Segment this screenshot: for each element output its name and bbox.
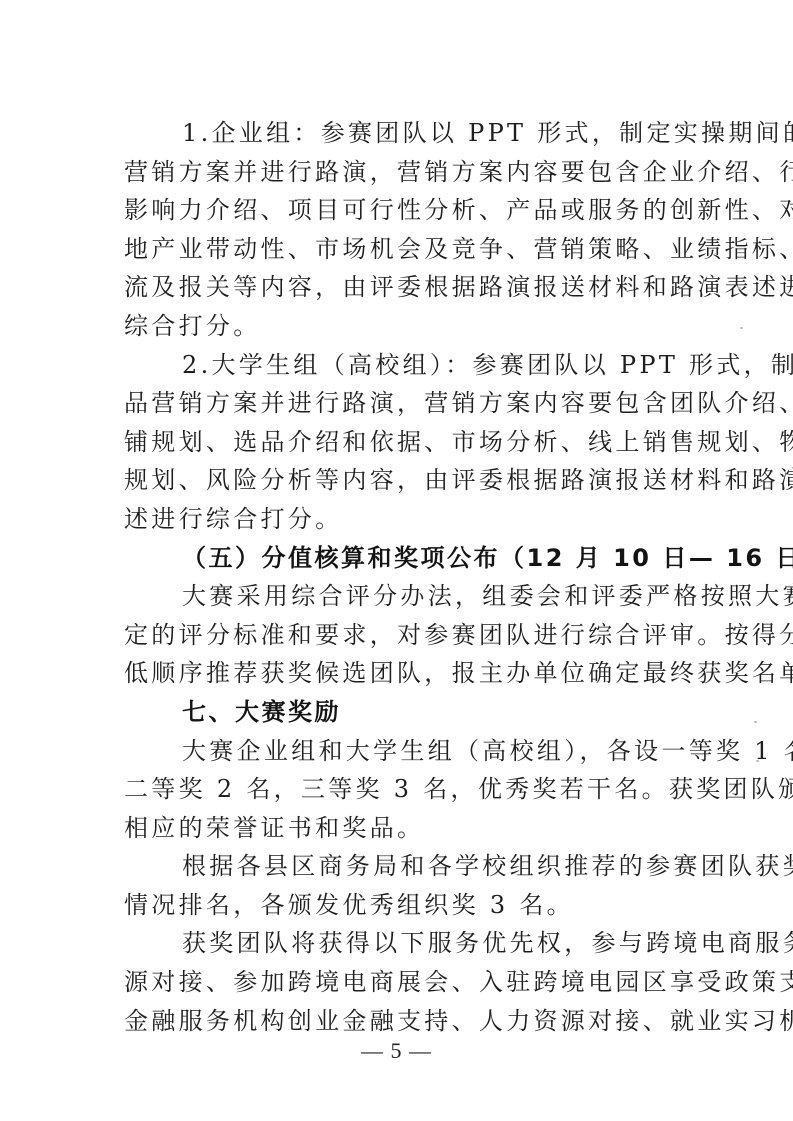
text-line: 述进行综合打分。	[124, 500, 680, 539]
text-line: 相应的荣誉证书和奖品。	[124, 809, 680, 848]
section-heading-scoring-and-awards: （五）分值核算和奖项公布（12 月 10 日— 16 日）	[124, 539, 680, 578]
text-line: 流及报关等内容，由评委根据路演报送材料和路演表述进行	[124, 268, 680, 307]
text-line: 大赛企业组和大学生组（高校组），各设一等奖 1 名，	[124, 732, 680, 771]
text-line: 1.企业组：参赛团队以 PPT 形式，制定实操期间的产品	[124, 114, 680, 153]
text-line: 综合打分。	[124, 307, 680, 346]
paragraph-university-group: 2.大学生组（高校组）：参赛团队以 PPT 形式，制定产 品营销方案并进行路演，…	[124, 346, 680, 539]
text-line: 二等奖 2 名，三等奖 3 名，优秀奖若干名。获奖团队颁发	[124, 770, 680, 809]
document-page: 1.企业组：参赛团队以 PPT 形式，制定实操期间的产品 营销方案并进行路演，营…	[124, 114, 680, 1040]
text-line: 定的评分标准和要求，对参赛团队进行综合评审。按得分高	[124, 616, 680, 655]
paragraph-scoring: 大赛采用综合评分办法，组委会和评委严格按照大赛规 定的评分标准和要求，对参赛团队…	[124, 577, 680, 693]
paragraph-service-priority: 获奖团队将获得以下服务优先权，参与跨境电商服务资 源对接、参加跨境电商展会、入驻…	[124, 924, 680, 1040]
text-line: 金融服务机构创业金融支持、人力资源对接、就业实习机会	[124, 1002, 680, 1041]
section-heading-competition-awards: 七、大赛奖励	[124, 693, 680, 732]
text-line: 规划、风险分析等内容，由评委根据路演报送材料和路演表	[124, 461, 680, 500]
scan-speck	[738, 287, 741, 289]
scan-speck	[740, 327, 743, 329]
text-line: 根据各县区商务局和各学校组织推荐的参赛团队获奖	[124, 847, 680, 886]
text-line: 2.大学生组（高校组）：参赛团队以 PPT 形式，制定产	[124, 346, 680, 385]
page-number: — 5 —	[0, 1038, 793, 1064]
text-line: 地产业带动性、市场机会及竞争、营销策略、业绩指标、物	[124, 230, 680, 269]
text-line: 低顺序推荐获奖候选团队，报主办单位确定最终获奖名单。	[124, 654, 680, 693]
text-line: 铺规划、选品介绍和依据、市场分析、线上销售规划、物流	[124, 423, 680, 462]
paragraph-enterprise-group: 1.企业组：参赛团队以 PPT 形式，制定实操期间的产品 营销方案并进行路演，营…	[124, 114, 680, 346]
text-line: 营销方案并进行路演，营销方案内容要包含企业介绍、行业	[124, 153, 680, 192]
text-line: 情况排名，各颁发优秀组织奖 3 名。	[124, 886, 680, 925]
text-line: 影响力介绍、项目可行性分析、产品或服务的创新性、对本	[124, 191, 680, 230]
paragraph-awards: 大赛企业组和大学生组（高校组），各设一等奖 1 名， 二等奖 2 名，三等奖 3…	[124, 732, 680, 848]
scan-speck	[754, 721, 757, 723]
text-line: 获奖团队将获得以下服务优先权，参与跨境电商服务资	[124, 924, 680, 963]
text-line: 品营销方案并进行路演，营销方案内容要包含团队介绍、店	[124, 384, 680, 423]
text-line: 大赛采用综合评分办法，组委会和评委严格按照大赛规	[124, 577, 680, 616]
paragraph-organization-award: 根据各县区商务局和各学校组织推荐的参赛团队获奖 情况排名，各颁发优秀组织奖 3 …	[124, 847, 680, 924]
text-line: 源对接、参加跨境电商展会、入驻跨境电园区享受政策支持、	[124, 963, 680, 1002]
scan-speck	[756, 760, 759, 762]
